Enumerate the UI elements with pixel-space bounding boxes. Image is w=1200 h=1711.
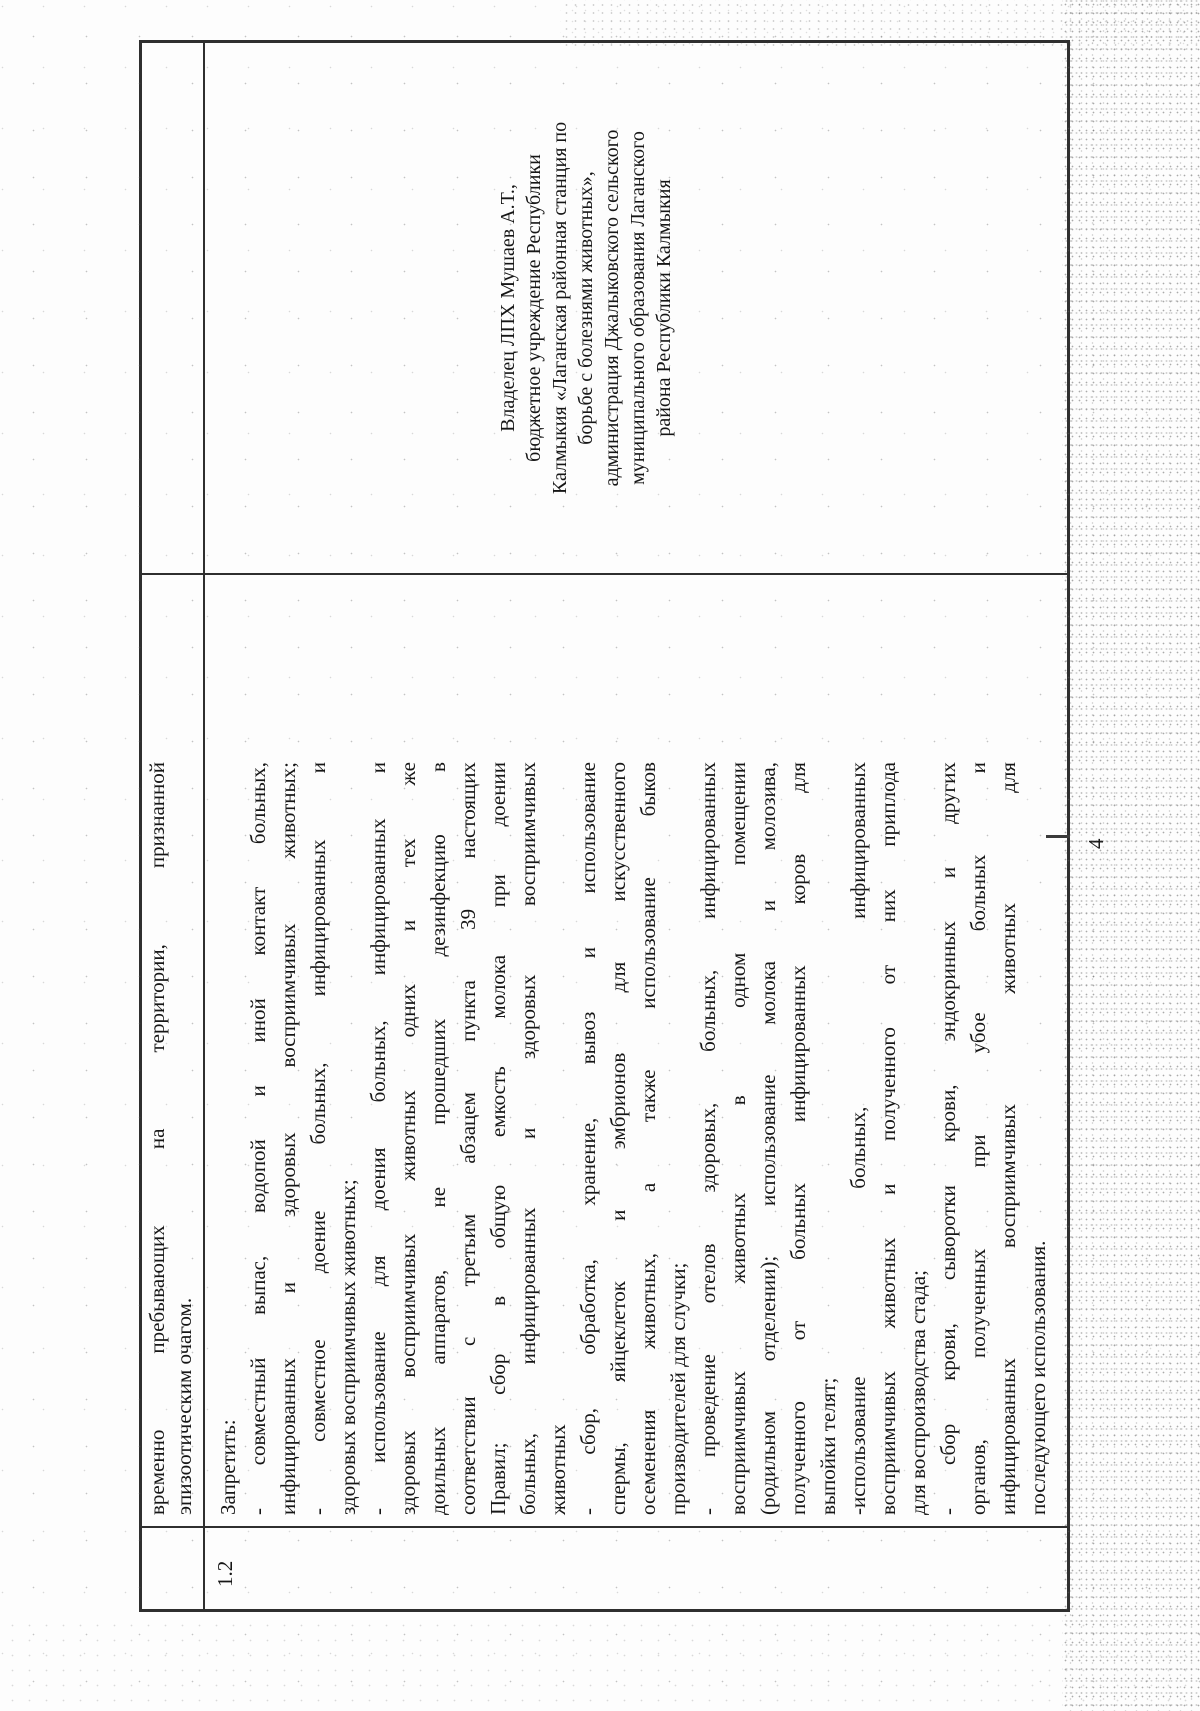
text-line: полученногоотбольныхинфицированныхкоровд…	[783, 762, 813, 1515]
scanned-document-page: временнопребывающихнатерритории,признанн…	[0, 0, 1200, 1711]
table-cell-measures-row2: Запретить:-совместныйвыпас,водопойиинойк…	[203, 575, 1067, 1528]
measures-text-row1: временнопребывающихнатерритории,признанн…	[142, 762, 198, 1526]
text-line: доильныхаппаратов,непрошедшихдезинфекцию…	[423, 762, 453, 1515]
text-line: осемененияживотных,атакжеиспользованиебы…	[633, 762, 663, 1515]
text-line: восприимчивыхживотныхиполученногоотнихпр…	[873, 762, 903, 1515]
text-line: Владелец ЛПХ Мушаев А.Т.,	[495, 49, 521, 567]
text-line: района Республики Калмыкия	[651, 49, 677, 567]
table-cell-measures-row1: временнопребывающихнатерритории,признанн…	[142, 575, 203, 1528]
text-line: администрация Джалыковского сельского	[599, 49, 625, 567]
text-line: -сборкрови,сывороткикрови,эндокринныхидр…	[933, 762, 963, 1515]
text-line: здоровыхвосприимчивыхживотныходнихитехже	[393, 762, 423, 1515]
measures-text-row2: Запретить:-совместныйвыпас,водопойиинойк…	[205, 762, 1053, 1526]
document-table: временнопребывающихнатерритории,признанн…	[139, 40, 1070, 1612]
text-line: -использованиедлядоениябольных,инфициров…	[363, 762, 393, 1515]
text-line: Запретить:	[213, 762, 243, 1515]
text-line: борьбе с болезнями животных»,	[573, 49, 599, 567]
text-line: производителей для случки;	[663, 762, 693, 1515]
text-line: больных,инфицированныхиздоровыхвосприимч…	[513, 762, 543, 1515]
border-artifact-segment	[1046, 835, 1070, 838]
text-line: муниципального образования Лаганского	[625, 49, 651, 567]
text-line: восприимчивыхживотныхводномпомещении	[723, 762, 753, 1515]
text-line: Правил;сборвобщуюемкостьмолокапридоении	[483, 762, 513, 1515]
text-line: -использованиебольных,инфицированных	[843, 762, 873, 1515]
text-line: животных	[543, 762, 573, 1515]
text-line: временнопребывающихнатерритории,признанн…	[144, 762, 171, 1515]
text-line: выпойки телят;	[813, 762, 843, 1515]
text-line: -сбор,обработка,хранение,вывозииспользов…	[573, 762, 603, 1515]
text-line: спермы,яйцеклетокиэмбрионовдляискусствен…	[603, 762, 633, 1515]
text-line: Калмыкия «Лаганская районная станция по	[547, 49, 573, 567]
text-line: -совместныйвыпас,водопойиинойконтактболь…	[243, 762, 273, 1515]
table-cell-responsible-row2: Владелец ЛПХ Мушаев А.Т.,бюджетное учреж…	[203, 43, 1067, 575]
text-line: -проведениеотеловздоровых,больных,инфици…	[693, 762, 723, 1515]
responsible-entities-text: Владелец ЛПХ Мушаев А.Т.,бюджетное учреж…	[495, 43, 677, 573]
text-line: (родильномотделении);использованиемолока…	[753, 762, 783, 1515]
rotated-page: временнопребывающихнатерритории,признанн…	[0, 0, 1200, 1711]
text-line: последующего использования.	[1023, 762, 1053, 1515]
page-number: 4	[1084, 839, 1109, 850]
table-cell-responsible-row1	[142, 43, 203, 575]
text-line: -совместноедоениебольных,инфицированныхи	[303, 762, 333, 1515]
text-line: здоровых восприимчивых животных;	[333, 762, 363, 1515]
text-line: инфицированныхиздоровыхвосприимчивыхживо…	[273, 762, 303, 1515]
table-cell-number-row2: 1.2	[203, 1528, 1067, 1609]
text-line: соответствиистретьимабзацемпункта39насто…	[453, 762, 483, 1515]
text-line: бюджетное учреждение Республики	[521, 49, 547, 567]
text-line: эпизоотическим очагом.	[171, 762, 198, 1515]
text-line: для воспроизводства стада;	[903, 762, 933, 1515]
table-cell-number-row1	[142, 1528, 203, 1609]
text-line: инфицированныхвосприимчивыхживотныхдля	[993, 762, 1023, 1515]
item-number: 1.2	[205, 1528, 238, 1609]
text-line: органов,полученныхприубоебольныхи	[963, 762, 993, 1515]
